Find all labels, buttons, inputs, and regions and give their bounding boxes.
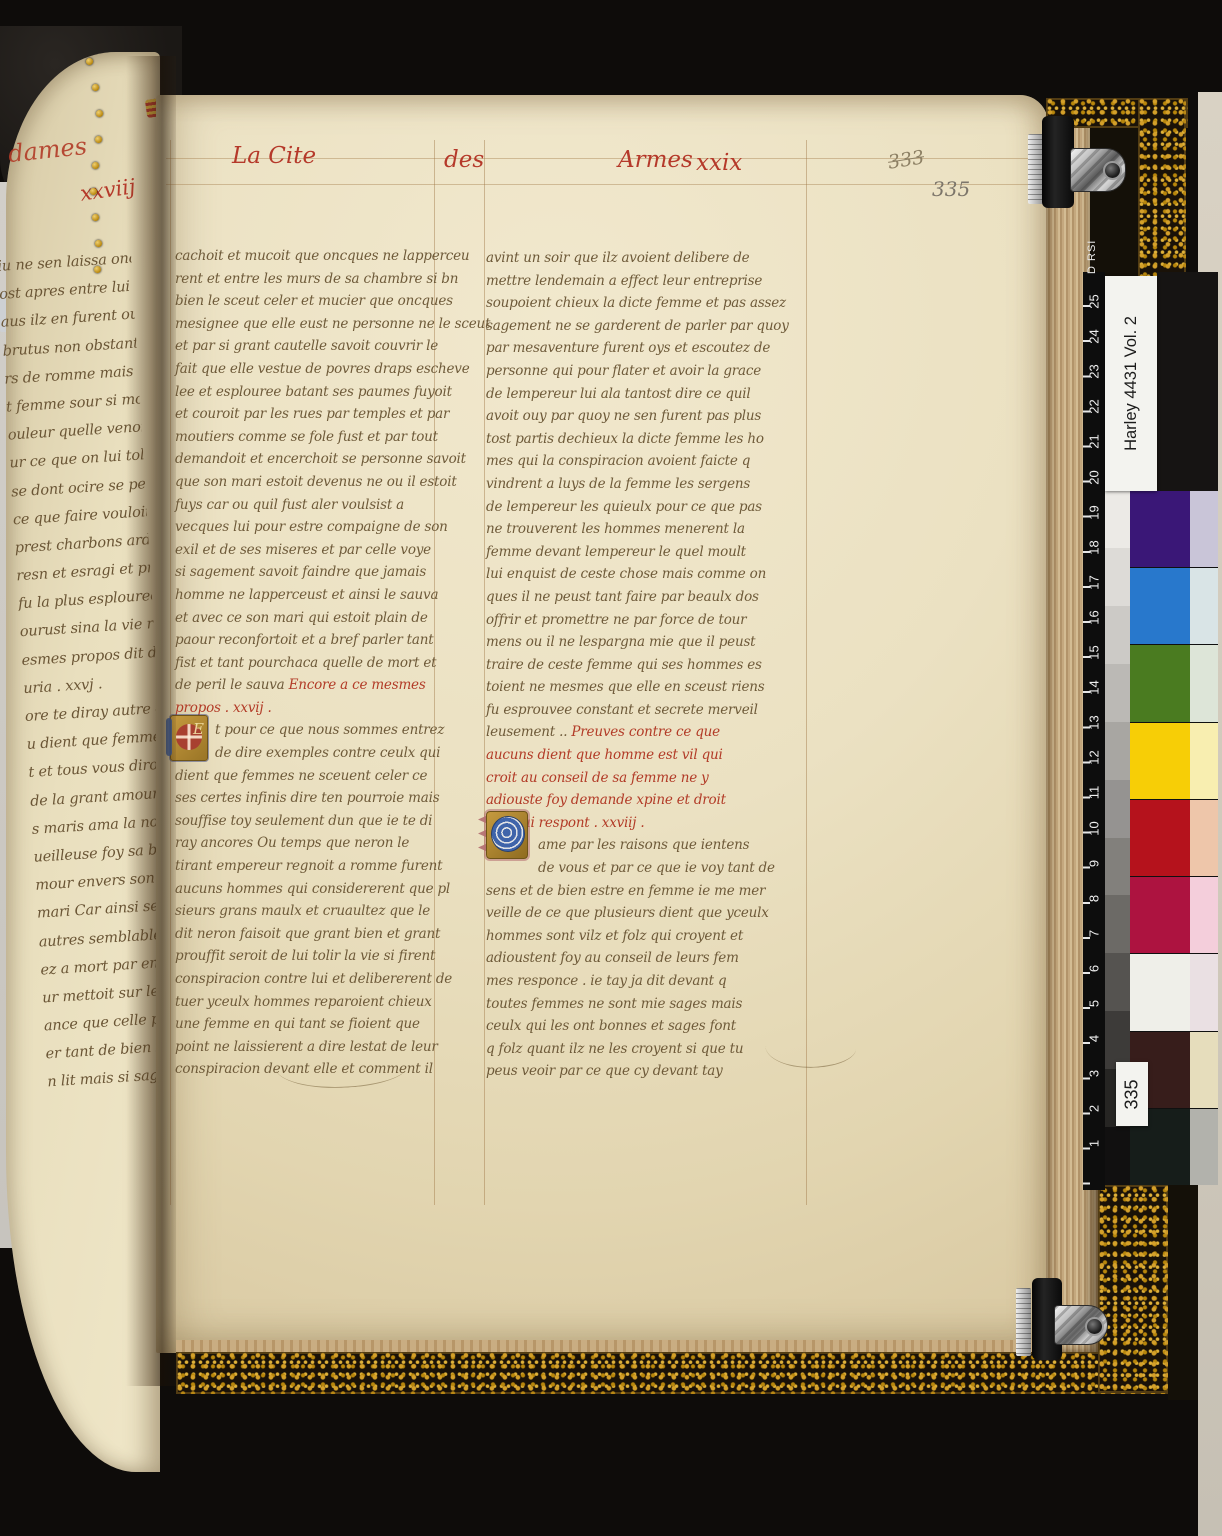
greyscale-step	[1105, 664, 1130, 722]
manuscript-line: toient ne mesmes que elle en sceust rien…	[486, 676, 826, 699]
manuscript-line: adiouste foy demande xpine et droit	[486, 789, 826, 812]
manuscript-line: homme ne lapperceust et ainsi le sauva	[175, 584, 477, 607]
page-clip	[1054, 1305, 1108, 1345]
illuminated-initial-D	[478, 811, 526, 857]
manuscript-line: aucuns hommes qui considererent que pl	[175, 878, 477, 901]
body-text: q folz quant ilz ne les croyent si que t…	[486, 1041, 743, 1057]
folio-sticker-text: 335	[1121, 1079, 1142, 1109]
manuscript-line: fu esprouvee constant et secrete merveil	[486, 699, 826, 722]
color-patch-row-purple	[1130, 490, 1218, 567]
body-text: traire de ceste femme qui ses hommes es	[486, 657, 762, 673]
ruler-number: 9	[1087, 854, 1102, 872]
manuscript-line: avoit ouy par quoy ne sen furent pas plu…	[486, 405, 826, 428]
body-text: et par si grant cautelle savoit couvrir …	[175, 338, 438, 354]
body-text: point ne laissierent a dire lestat de le…	[175, 1039, 438, 1055]
folio-number: 335	[932, 177, 970, 201]
body-text: homme ne lapperceust et ainsi le sauva	[175, 587, 438, 603]
body-text: par mesaventure furent oys et escoutez d…	[486, 340, 770, 356]
clip-silver-strip	[1016, 1288, 1031, 1356]
manuscript-line: propos . xxvij .	[175, 697, 477, 720]
pale-patch-maroon	[1190, 1032, 1218, 1108]
manuscript-line: paour reconfortoit et a bref parler tant	[175, 629, 477, 652]
shelfmark-label: Harley 4431 Vol. 2	[1105, 276, 1157, 491]
greyscale-step	[1105, 895, 1130, 953]
ruler-number: 6	[1087, 959, 1102, 977]
body-text: de peril le sauva	[175, 677, 289, 693]
body-text: hommes sont vilz et folz qui croyent et	[486, 928, 743, 944]
greyscale-step	[1105, 1127, 1130, 1185]
body-text: tuer yceulx hommes reparoient chieux	[175, 994, 432, 1010]
color-calibration-bar: D RSI 2524232221201918171615141312111098…	[1083, 272, 1218, 1190]
folio-number-struck: 333	[887, 146, 926, 173]
manuscript-line: dient que femmes ne sceuent celer ce	[175, 765, 477, 788]
ruler-number: 25	[1087, 293, 1102, 311]
body-text: bien le sceut celer et mucier que oncque…	[175, 293, 453, 309]
manuscript-line: et couroit par les rues par temples et p…	[175, 403, 477, 426]
running-title-part: La Cite	[232, 143, 316, 169]
color-patch-white	[1130, 954, 1190, 1030]
manuscript-line: toutes femmes ne sont mie sages mais	[486, 993, 826, 1016]
manuscript-line: vecques lui pour estre compaigne de son	[175, 516, 477, 539]
manuscript-line: vindrent a luys de la femme les sergens	[486, 473, 826, 496]
body-text: mes responce . ie tay ja dit devant q	[486, 973, 726, 989]
greyscale-step	[1105, 1011, 1130, 1069]
body-text: lee et esplouree batant ses paumes fuyoi…	[175, 384, 452, 400]
body-text: t pour ce que nous sommes entrez	[215, 722, 444, 738]
body-text: mesignee que elle eust ne personne ne le…	[175, 316, 490, 332]
manuscript-line: mes qui la conspiracion avoient faicte q	[486, 450, 826, 473]
ruler-number: 16	[1087, 608, 1102, 626]
manuscript-line: aucuns dient que homme est vil qui	[486, 744, 826, 767]
black-reference-patch	[1157, 272, 1218, 491]
body-text: demandoit et encerchoit se personne savo…	[175, 451, 466, 467]
gold-tooled-border-bottom	[176, 1352, 1176, 1394]
ruler-brand-text: D RSI	[1086, 240, 1098, 274]
body-text: leusement ..	[486, 724, 571, 740]
ruler-number: 2	[1087, 1100, 1102, 1118]
color-patch-crimson	[1130, 877, 1190, 953]
ruler-strip: D RSI 2524232221201918171615141312111098…	[1083, 272, 1105, 1190]
running-title-part: Armes	[618, 147, 693, 173]
manuscript-line: fait que elle vestue de povres draps esc…	[175, 358, 477, 381]
pale-patch-blue	[1190, 568, 1218, 644]
gold-sequin-icon	[86, 58, 93, 65]
ruler-number: 15	[1087, 644, 1102, 662]
manuscript-line: lee et esplouree batant ses paumes fuyoi…	[175, 381, 477, 404]
manuscript-line: bien le sceut celer et mucier que oncque…	[175, 290, 477, 313]
manuscript-line: sens et de bien estre en femme ie me mer	[486, 880, 826, 903]
ruler-number: 22	[1087, 398, 1102, 416]
manuscript-line: point ne laissierent a dire lestat de le…	[175, 1036, 477, 1059]
manuscript-line: sieurs grans maulx et cruaultez que le	[175, 900, 477, 923]
body-text: fist et tant pourchaca quelle de mort et	[175, 655, 436, 671]
body-text: peus veoir par ce que cy devant tay	[486, 1063, 723, 1079]
rubric-text: croit au conseil de sa femme ne y	[486, 770, 709, 786]
manuscript-line: cachoit et mucoit que oncques ne lapperc…	[175, 245, 477, 268]
gold-sequin-icon	[95, 136, 102, 143]
clip-hole	[1085, 1317, 1104, 1336]
initial-filigree-ball	[491, 816, 525, 852]
pale-patch-yellow	[1190, 723, 1218, 799]
manuscript-line: mettre lendemain a effect leur entrepris…	[486, 270, 826, 293]
manuscript-line: ame par les raisons que ientens	[486, 834, 826, 857]
manuscript-photograph: dames xxviij iu ne sen laissa oncques ap…	[0, 0, 1222, 1536]
pale-patch-red	[1190, 800, 1218, 876]
body-text: si sagement savoit faindre que jamais	[175, 564, 426, 580]
ruler-number: 18	[1087, 538, 1102, 556]
manuscript-line: demandoit et encerchoit se personne savo…	[175, 448, 477, 471]
pale-patch-white	[1190, 954, 1218, 1030]
ruler-number: 5	[1087, 995, 1102, 1013]
color-patch-row-yellow	[1130, 722, 1218, 799]
text-column-a: cachoit et mucoit que oncques ne lapperc…	[175, 245, 477, 1081]
greyscale-step	[1105, 548, 1130, 606]
ruler-number: 8	[1087, 889, 1102, 907]
body-text: avoit ouy par quoy ne sen furent pas plu…	[486, 408, 761, 424]
color-patch-row-green	[1130, 644, 1218, 721]
manuscript-line: si sagement savoit faindre que jamais	[175, 561, 477, 584]
body-text: ceulx qui les ont bonnes et sages font	[486, 1018, 736, 1034]
body-text: ame par les raisons que ientens	[538, 837, 749, 853]
color-patch-row-white	[1130, 953, 1218, 1030]
body-text: conspiracion contre lui et delibererent …	[175, 971, 452, 987]
right-page-folio-335: La Cite des Armes xxix 333 335 cachoit e…	[156, 95, 1048, 1353]
manuscript-line: de lempereur lui ala tantost dire ce qui…	[486, 383, 826, 406]
body-text: vecques lui pour estre compaigne de son	[175, 519, 448, 535]
gold-sequin-icon	[90, 188, 97, 195]
body-text: sens et de bien estre en femme ie me mer	[486, 883, 765, 899]
color-patch-row-red	[1130, 799, 1218, 876]
manuscript-line: ne trouverent les hommes menerent la	[486, 518, 826, 541]
ruling-line	[166, 184, 1046, 185]
body-text: veille de ce que plusieurs dient que yce…	[486, 905, 769, 921]
body-text: de dire exemples contre ceulx qui	[215, 745, 440, 761]
ruler-number: 7	[1087, 924, 1102, 942]
manuscript-line: conspiracion contre lui et delibererent …	[175, 968, 477, 991]
pale-patch-black-green	[1190, 1109, 1218, 1185]
manuscript-line: veille de ce que plusieurs dient que yce…	[486, 902, 826, 925]
initial-letter: E	[193, 720, 204, 738]
body-text: ne trouverent les hommes menerent la	[486, 521, 745, 537]
ruler-number: 11	[1087, 784, 1102, 802]
manuscript-line: une femme en qui tant se fioient que	[175, 1013, 477, 1036]
rubric-text: Preuves contre ce que	[571, 724, 720, 740]
manuscript-line: et par si grant cautelle savoit couvrir …	[175, 335, 477, 358]
rubric-text: uria . xxvj .	[23, 676, 103, 697]
body-text: que son mari estoit devenus ne ou il est…	[175, 474, 457, 490]
gold-sequin-icon	[92, 162, 99, 169]
manuscript-line: ceulx qui les ont bonnes et sages font	[486, 1015, 826, 1038]
body-text: fu esprouvee constant et secrete merveil	[486, 702, 758, 718]
manuscript-line: avint un soir que ilz avoient delibere d…	[486, 247, 826, 270]
rubric-text: adiouste foy demande xpine et droit	[486, 792, 726, 808]
body-text: ray ancores Ou temps que neron le	[175, 835, 409, 851]
body-text: avint un soir que ilz avoient delibere d…	[486, 250, 749, 266]
manuscript-line: soupoient chieux la dicte femme et pas a…	[486, 292, 826, 315]
gold-sequin-icon	[92, 84, 99, 91]
manuscript-line: peus veoir par ce que cy devant tay	[486, 1060, 826, 1083]
body-text: paour reconfortoit et a bref parler tant	[175, 632, 433, 648]
cover-leather	[1168, 1185, 1198, 1400]
rubric-text: aucuns dient que homme est vil qui	[486, 747, 723, 763]
manuscript-line: traire de ceste femme qui ses hommes es	[486, 654, 826, 677]
folio-sticker: 335	[1116, 1062, 1148, 1126]
manuscript-line: que son mari estoit devenus ne ou il est…	[175, 471, 477, 494]
clip-hole	[1103, 161, 1122, 180]
ruler-number: 24	[1087, 328, 1102, 346]
manuscript-line: ses certes infinis dire ten pourroie mai…	[175, 787, 477, 810]
body-text: soupoient chieux la dicte femme et pas a…	[486, 295, 786, 311]
manuscript-line: hommes sont vilz et folz qui croyent et	[486, 925, 826, 948]
gold-tooled-corner	[1098, 1185, 1168, 1393]
manuscript-line: fist et tant pourchaca quelle de mort et	[175, 652, 477, 675]
color-patch-blue	[1130, 568, 1190, 644]
rubric-text: Encore a ce mesmes	[289, 677, 426, 693]
body-text: dient que femmes ne sceuent celer ce	[175, 768, 427, 784]
manuscript-line: mens ou il ne lespargna mie que il peust	[486, 631, 826, 654]
manuscript-line: offrir et promettre ne par force de tour	[486, 609, 826, 632]
manuscript-line: ture lui respont . xxviij .	[486, 812, 826, 835]
pale-patch-purple	[1190, 491, 1218, 567]
color-patch-yellow	[1130, 723, 1190, 799]
manuscript-line: de peril le sauva Encore a ce mesmes	[175, 674, 477, 697]
manuscript-line: par mesaventure furent oys et escoutez d…	[486, 337, 826, 360]
gold-sequin-icon	[92, 214, 99, 221]
manuscript-line: tost partis dechieux la dicte femme les …	[486, 428, 826, 451]
left-page-running-title: dames	[7, 132, 88, 168]
manuscript-line: et avec ce son mari qui estoit plain de	[175, 607, 477, 630]
greyscale-step	[1105, 606, 1130, 664]
body-text: mettre lendemain a effect leur entrepris…	[486, 273, 762, 289]
manuscript-line: mesignee que elle eust ne personne ne le…	[175, 313, 477, 336]
body-text: tost partis dechieux la dicte femme les …	[486, 431, 764, 447]
manuscript-line: de vous et par ce que ie voy tant de	[486, 857, 826, 880]
manuscript-line: de dire exemples contre ceulx qui	[175, 742, 477, 765]
greyscale-step	[1105, 838, 1130, 896]
ruler-number: 4	[1087, 1030, 1102, 1048]
ruler-number: 12	[1087, 749, 1102, 767]
gold-sequin-icon	[95, 240, 102, 247]
body-text: vindrent a luys de la femme les sergens	[486, 476, 750, 492]
body-text: ques il ne peust tant faire par beaulx d…	[486, 589, 759, 605]
manuscript-line: ques il ne peust tant faire par beaulx d…	[486, 586, 826, 609]
body-text: dit neron faisoit que grant bien et gran…	[175, 926, 440, 942]
ruler-number: 1	[1087, 1135, 1102, 1153]
gold-tooled-border-right	[1138, 98, 1186, 284]
pale-patch-green	[1190, 645, 1218, 721]
manuscript-line: femme devant lempereur le quel moult	[486, 541, 826, 564]
ruler-number: 10	[1087, 819, 1102, 837]
body-text: personne qui pour flater et avoir la gra…	[486, 363, 761, 379]
body-text: tirant empereur regnoit a romme furent	[175, 858, 442, 874]
shelfmark-text: Harley 4431 Vol. 2	[1122, 316, 1141, 451]
manuscript-line: ray ancores Ou temps que neron le	[175, 832, 477, 855]
ruler-number: 20	[1087, 468, 1102, 486]
manuscript-line: adioustent foy au conseil de leurs fem	[486, 947, 826, 970]
manuscript-line: mes responce . ie tay ja dit devant q	[486, 970, 826, 993]
manuscript-line: tuer yceulx hommes reparoient chieux	[175, 991, 477, 1014]
body-text: toutes femmes ne sont mie sages mais	[486, 996, 742, 1012]
pale-patch-crimson	[1190, 877, 1218, 953]
body-text: exil et de ses miseres et par celle voye	[175, 542, 431, 558]
page-clip	[1070, 148, 1126, 192]
color-patch-purple	[1130, 491, 1190, 567]
greyscale-step	[1105, 780, 1130, 838]
manuscript-line: rent et entre les murs de sa chambre si …	[175, 268, 477, 291]
ruler-number: 3	[1087, 1065, 1102, 1083]
body-text: de lempereur lui ala tantost dire ce qui…	[486, 386, 751, 402]
body-text: fuys car ou quil fust aler voulsist a	[175, 497, 404, 513]
body-text: rent et entre les murs de sa chambre si …	[175, 271, 458, 287]
color-patch-green	[1130, 645, 1190, 721]
body-text: adioustent foy au conseil de leurs fem	[486, 950, 739, 966]
ruler-number: 13	[1087, 714, 1102, 732]
body-text: mens ou il ne lespargna mie que il peust	[486, 634, 755, 650]
manuscript-line: personne qui pour flater et avoir la gra…	[486, 360, 826, 383]
manuscript-line: de lempereur les quieulx pour ce que pas	[486, 496, 826, 519]
body-text: femme devant lempereur le quel moult	[486, 544, 746, 560]
greyscale-step	[1105, 490, 1130, 548]
body-text: de vous et par ce que ie voy tant de	[538, 860, 775, 876]
manuscript-line: moutiers comme se fole fust et par tout	[175, 426, 477, 449]
color-patch-row-crimson	[1130, 876, 1218, 953]
ruler-number: 23	[1087, 363, 1102, 381]
manuscript-line: dit neron faisoit que grant bien et gran…	[175, 923, 477, 946]
body-text: cachoit et mucoit que oncques ne lapperc…	[175, 248, 469, 264]
manuscript-line: souffise toy seulement dun que ie te di	[175, 810, 477, 833]
body-text: moutiers comme se fole fust et par tout	[175, 429, 438, 445]
gold-sequin-icon	[96, 110, 103, 117]
body-text: sieurs grans maulx et cruaultez que le	[175, 903, 430, 919]
body-text: ses certes infinis dire ten pourroie mai…	[175, 790, 439, 806]
rubric-text: propos . xxvij .	[175, 700, 272, 716]
color-patch-red	[1130, 800, 1190, 876]
manuscript-line: t pour ce que nous sommes entrez	[175, 719, 477, 742]
ruler-number: 19	[1087, 503, 1102, 521]
body-text: toient ne mesmes que elle en sceust rien…	[486, 679, 764, 695]
manuscript-line: sagement ne se garderent de parler par q…	[486, 315, 826, 338]
gold-sequin-icon	[94, 266, 101, 273]
gutter-shadow	[126, 56, 176, 1386]
body-text: offrir et promettre ne par force de tour	[486, 612, 746, 628]
body-text: une femme en qui tant se fioient que	[175, 1016, 420, 1032]
body-text: et avec ce son mari qui estoit plain de	[175, 610, 428, 626]
body-text: souffise toy seulement dun que ie te di	[175, 813, 432, 829]
body-text: mes qui la conspiracion avoient faicte q	[486, 453, 750, 469]
body-text: fait que elle vestue de povres draps esc…	[175, 361, 470, 377]
manuscript-line: exil et de ses miseres et par celle voye	[175, 539, 477, 562]
text-column-b: avint un soir que ilz avoient delibere d…	[486, 247, 826, 1083]
body-text: aucuns hommes qui considererent que pl	[175, 881, 450, 897]
manuscript-line: leusement .. Preuves contre ce que	[486, 721, 826, 744]
running-title-part: des	[444, 147, 484, 173]
body-text: lui enquist de ceste chose mais comme on	[486, 566, 766, 582]
ruler-number: 14	[1087, 679, 1102, 697]
manuscript-line: fuys car ou quil fust aler voulsist a	[175, 494, 477, 517]
manuscript-line: croit au conseil de sa femme ne y	[486, 767, 826, 790]
body-text: prouffit seroit de lui tolir la vie si f…	[175, 948, 435, 964]
body-text: et couroit par les rues par temples et p…	[175, 406, 449, 422]
running-title-part: xxix	[696, 150, 742, 176]
greyscale-step	[1105, 953, 1130, 1011]
ruler-number: 17	[1087, 573, 1102, 591]
manuscript-line: tirant empereur regnoit a romme furent	[175, 855, 477, 878]
ruler-number: 21	[1087, 433, 1102, 451]
body-text: sagement ne se garderent de parler par q…	[486, 318, 789, 334]
manuscript-line: lui enquist de ceste chose mais comme on	[486, 563, 826, 586]
body-text: de lempereur les quieulx pour ce que pas	[486, 499, 762, 515]
manuscript-line: prouffit seroit de lui tolir la vie si f…	[175, 945, 477, 968]
ruling-line	[484, 140, 485, 1205]
color-patch-row-blue	[1130, 567, 1218, 644]
greyscale-step	[1105, 722, 1130, 780]
